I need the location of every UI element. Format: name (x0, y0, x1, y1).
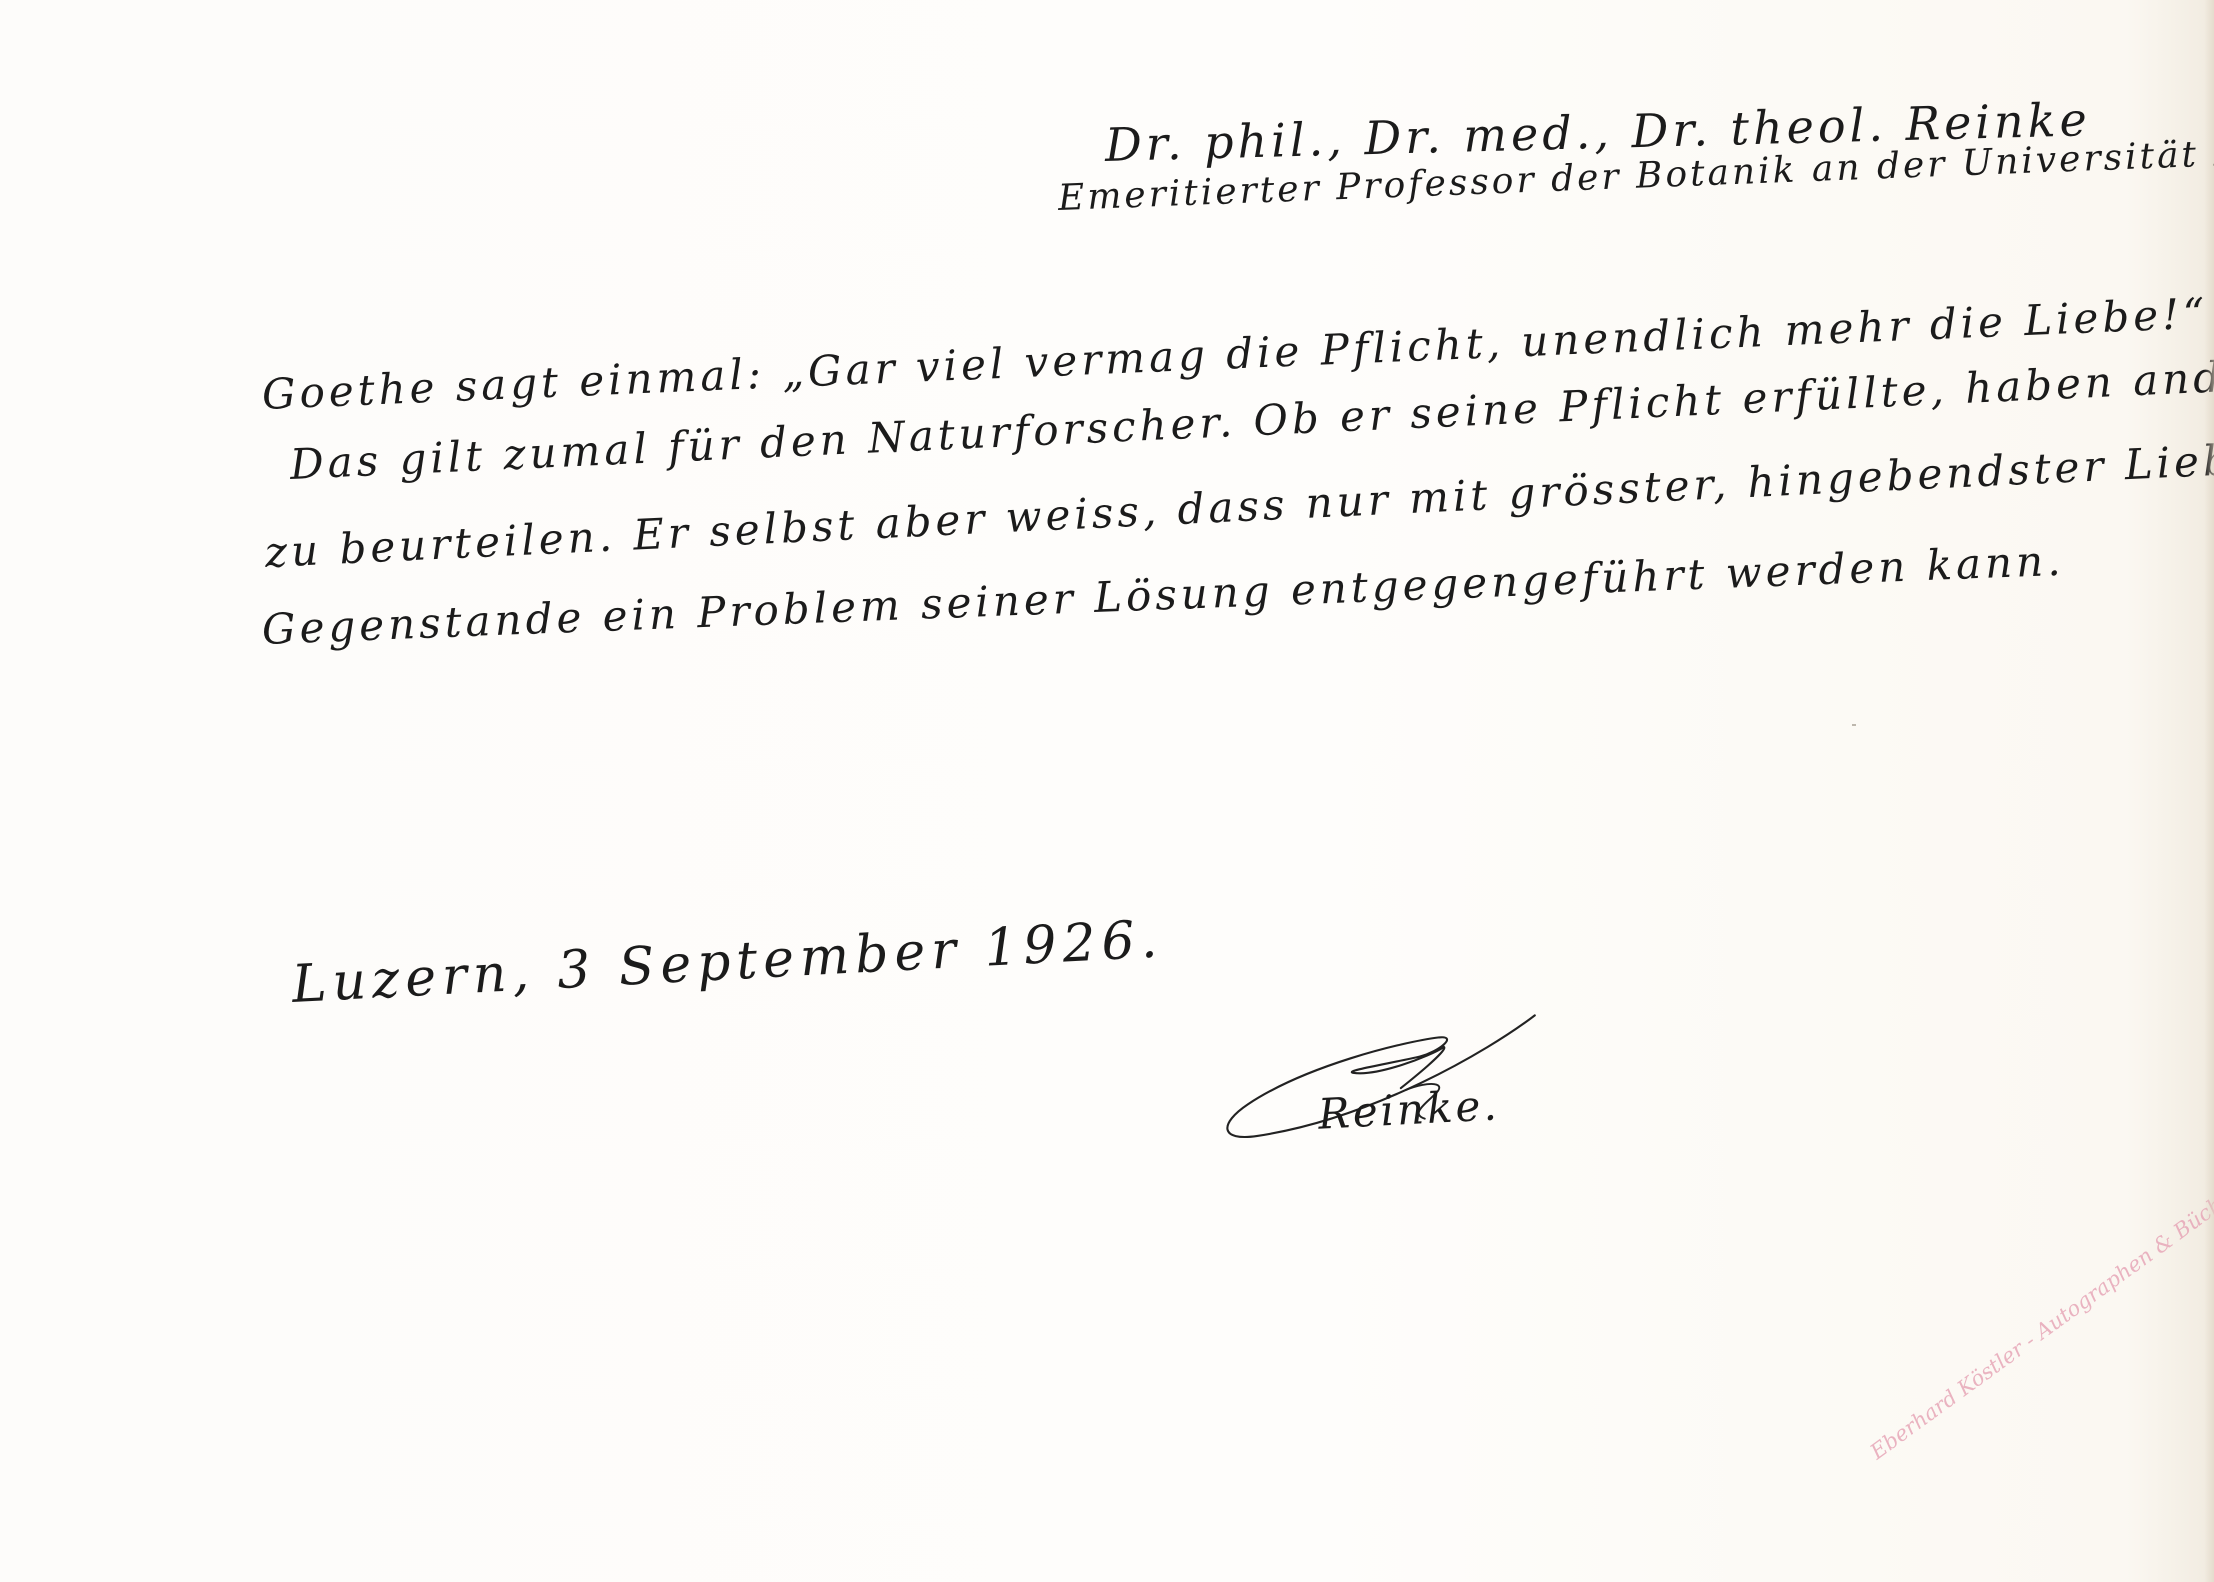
signature-name: Reinke. (1317, 1080, 1501, 1138)
paper-edge (2204, 0, 2214, 1582)
place-and-date: Luzern, 3 September 1926. (290, 909, 1164, 1015)
paper-speck (1852, 724, 1856, 726)
dealer-watermark: Eberhard Köstler - Autographen & Bücher (1866, 1179, 2214, 1464)
document-page: Dr. phil., Dr. med., Dr. theol. Reinke E… (0, 0, 2214, 1582)
